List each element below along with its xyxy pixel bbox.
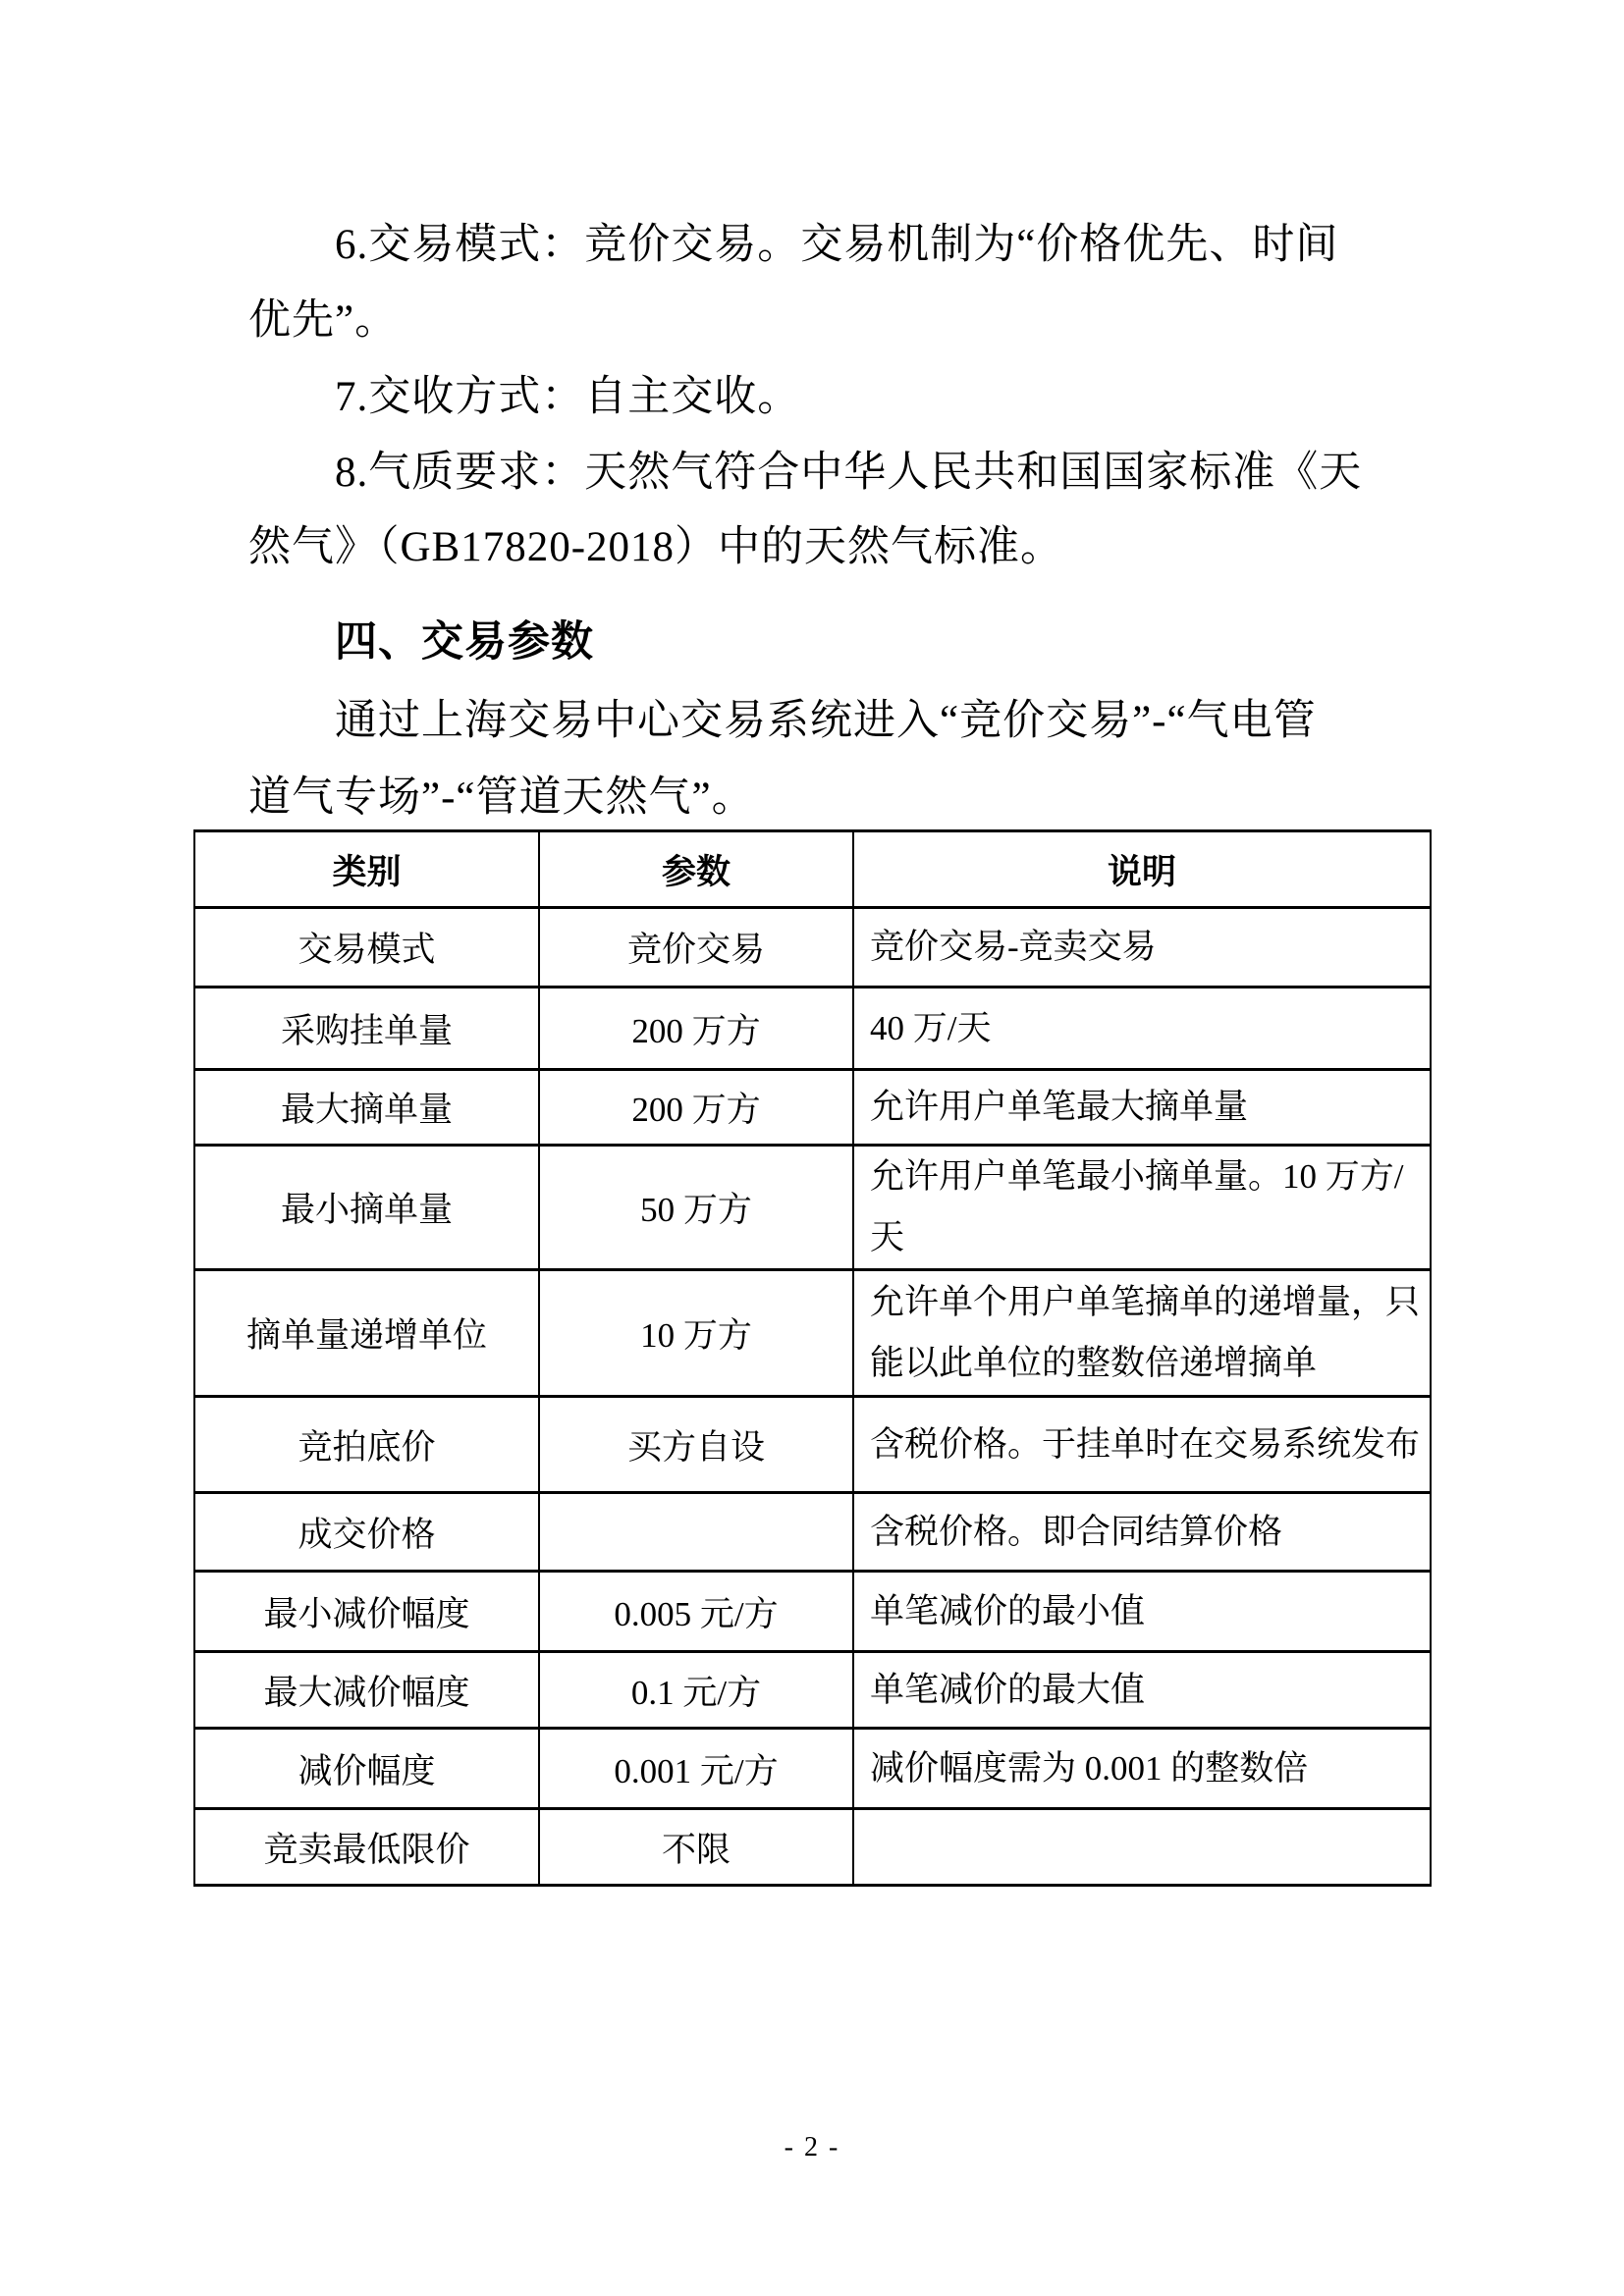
table-cell-description: 竞价交易-竞卖交易 (853, 908, 1431, 988)
table-cell-category: 最大摘单量 (194, 1070, 539, 1146)
table-cell-category: 最小摘单量 (194, 1146, 539, 1270)
paragraph-line: 6.交易模式：竞价交易。交易机制为“价格优先、时间 (335, 207, 1338, 284)
table-header-cell: 参数 (539, 831, 853, 908)
table-header-cell: 说明 (853, 831, 1431, 908)
table-row: 成交价格含税价格。即合同结算价格 (194, 1493, 1431, 1572)
paragraph-line: 7.交收方式：自主交收。 (335, 359, 800, 436)
table-cell-description: 含税价格。于挂单时在交易系统发布 (853, 1397, 1431, 1493)
table-header-row-tr: 类别参数说明 (194, 831, 1431, 908)
table-cell-description: 允许用户单笔最大摘单量 (853, 1070, 1431, 1146)
table-cell-description (853, 1809, 1431, 1886)
table-cell-description: 单笔减价的最小值 (853, 1572, 1431, 1652)
table-row: 最小减价幅度0.005 元/方单笔减价的最小值 (194, 1572, 1431, 1652)
table-cell-param: 买方自设 (539, 1397, 853, 1493)
table-cell-category: 减价幅度 (194, 1729, 539, 1809)
table-row: 最大摘单量200 万方允许用户单笔最大摘单量 (194, 1070, 1431, 1146)
table-row: 交易模式竞价交易竞价交易-竞卖交易 (194, 908, 1431, 988)
table-row: 竞卖最低限价不限 (194, 1809, 1431, 1886)
table-row: 采购挂单量200 万方40 万/天 (194, 988, 1431, 1070)
table-cell-param: 200 万方 (539, 1070, 853, 1146)
table-cell-description: 减价幅度需为 0.001 的整数倍 (853, 1729, 1431, 1809)
table-row: 摘单量递增单位10 万方允许单个用户单笔摘单的递增量，只能以此单位的整数倍递增摘… (194, 1270, 1431, 1397)
table-cell-category: 竞拍底价 (194, 1397, 539, 1493)
table-row: 竞拍底价买方自设含税价格。于挂单时在交易系统发布 (194, 1397, 1431, 1493)
document-page: 6.交易模式：竞价交易。交易机制为“价格优先、时间优先”。7.交收方式：自主交收… (0, 0, 1624, 2296)
table-cell-description: 单笔减价的最大值 (853, 1652, 1431, 1729)
table-cell-category: 竞卖最低限价 (194, 1809, 539, 1886)
table-cell-param: 200 万方 (539, 988, 853, 1070)
table-cell-category: 摘单量递增单位 (194, 1270, 539, 1397)
page-number: - 2 - (0, 2132, 1624, 2163)
table-cell-description: 允许用户单笔最小摘单量。10 万方/天 (853, 1146, 1431, 1270)
table-cell-param (539, 1493, 853, 1572)
paragraph-line: 优先”。 (248, 283, 398, 359)
table-row: 最大减价幅度0.1 元/方单笔减价的最大值 (194, 1652, 1431, 1729)
table-cell-param: 不限 (539, 1809, 853, 1886)
table-cell-description: 40 万/天 (853, 988, 1431, 1070)
paragraph-line: 然气》（GB17820-2018）中的天然气标准。 (248, 509, 1063, 586)
table-cell-param: 0.005 元/方 (539, 1572, 853, 1652)
table-cell-category: 采购挂单量 (194, 988, 539, 1070)
table-cell-description: 允许单个用户单笔摘单的递增量，只能以此单位的整数倍递增摘单 (853, 1270, 1431, 1397)
table-cell-category: 最大减价幅度 (194, 1652, 539, 1729)
paragraph-line: 8.气质要求：天然气符合中华人民共和国国家标准《天 (335, 435, 1362, 511)
table-cell-param: 0.1 元/方 (539, 1652, 853, 1729)
table-header-row: 类别参数说明 (194, 831, 1431, 908)
table-cell-category: 交易模式 (194, 908, 539, 988)
table-cell-param: 竞价交易 (539, 908, 853, 988)
table-cell-category: 成交价格 (194, 1493, 539, 1572)
paragraph-line: 道气专场”-“管道天然气”。 (248, 760, 755, 836)
trading-parameters-table: 类别参数说明 交易模式竞价交易竞价交易-竞卖交易采购挂单量200 万方40 万/… (193, 829, 1432, 1887)
paragraph-line: 通过上海交易中心交易系统进入“竞价交易”-“气电管 (335, 683, 1317, 760)
section-heading: 四、交易参数 (335, 605, 594, 681)
table-body: 交易模式竞价交易竞价交易-竞卖交易采购挂单量200 万方40 万/天最大摘单量2… (194, 908, 1431, 1886)
table-row: 减价幅度0.001 元/方减价幅度需为 0.001 的整数倍 (194, 1729, 1431, 1809)
table-cell-param: 0.001 元/方 (539, 1729, 853, 1809)
table-row: 最小摘单量50 万方允许用户单笔最小摘单量。10 万方/天 (194, 1146, 1431, 1270)
table-header-cell: 类别 (194, 831, 539, 908)
table-cell-param: 50 万方 (539, 1146, 853, 1270)
table-cell-param: 10 万方 (539, 1270, 853, 1397)
table-cell-description: 含税价格。即合同结算价格 (853, 1493, 1431, 1572)
table-cell-category: 最小减价幅度 (194, 1572, 539, 1652)
